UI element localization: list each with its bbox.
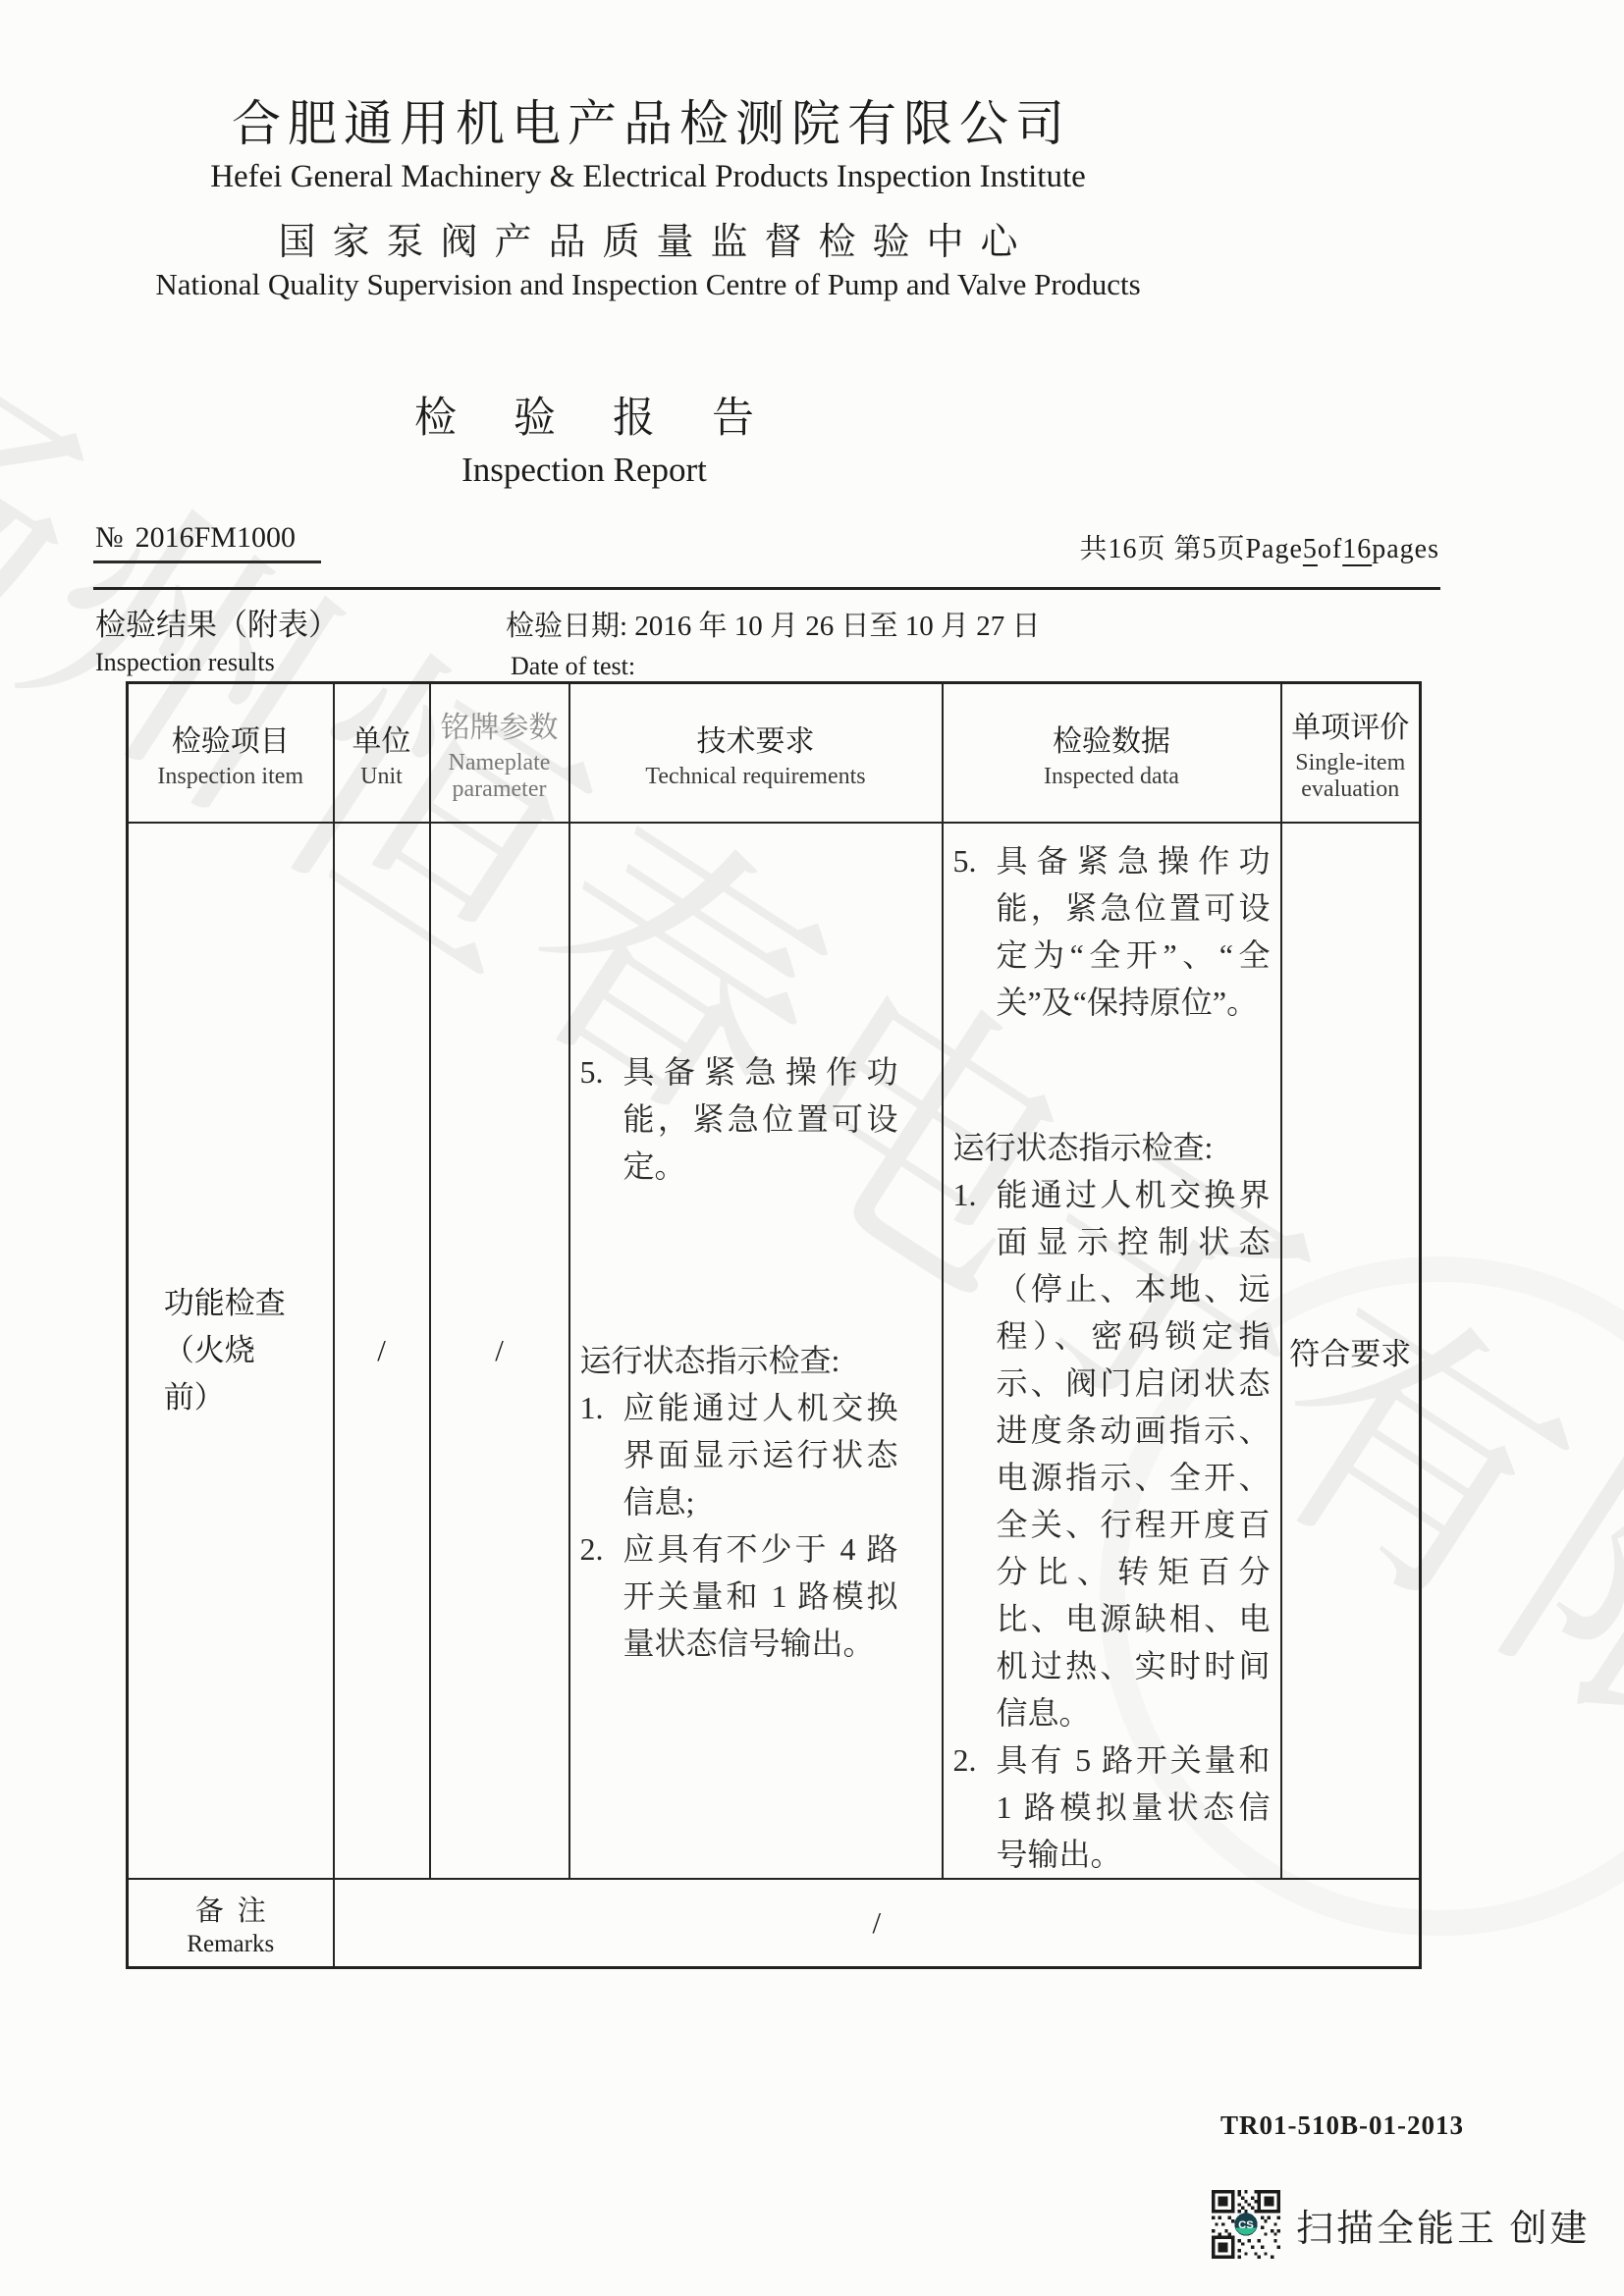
remarks-row: 备注 Remarks / [128, 1879, 1421, 1968]
cell-nameplate: / [430, 823, 569, 1879]
report-title-en: Inspection Report [10, 451, 1159, 490]
remarks-label-cn: 备注 [195, 1889, 280, 1929]
text-block-item: 1.应能通过人机交换界面显示运行状态信息; [580, 1384, 898, 1525]
cell-evaluation: 符合要求 [1281, 823, 1421, 1879]
text-block-item: 5.具备紧急操作功能，紧急位置可设定为“全开”、“全关”及“保持原位”。 [953, 837, 1271, 1026]
header-inspection-item-cn: 检验项目 [129, 717, 333, 760]
pagination-of: of [1318, 534, 1342, 564]
center-name-cn: 国家泵阀产品质量监督检验中心 [278, 211, 1034, 265]
cell-inspection-item: 功能检查（火烧前） [128, 823, 334, 1879]
inspection-results-table: 检验项目 Inspection item 单位 Unit 铭牌参数 Namepl… [126, 681, 1422, 1969]
document-header: 合肥通用机电产品检测院有限公司 Hefei General Machinery … [10, 84, 1286, 302]
pagination: 共16页 第5页Page5of16pages [1079, 527, 1439, 566]
report-title: 检验报告 Inspection Report [10, 385, 1159, 490]
header-single-item-evaluation: 单项评价 Single-item evaluation [1281, 683, 1421, 824]
header-unit-en: Unit [335, 764, 429, 790]
text-block-item: 1.能通过人机交换界面显示控制状态（停止、本地、远程）、密码锁定指示、阀门启闭状… [953, 1171, 1271, 1736]
header-unit-cn: 单位 [335, 717, 429, 760]
camscanner-qr-icon: CS [1212, 2190, 1280, 2259]
results-label-en: Inspection results [95, 648, 275, 677]
header-inspection-item: 检验项目 Inspection item [128, 683, 334, 824]
header-unit: 单位 Unit [334, 683, 430, 824]
header-nameplate-cn: 铭牌参数 [431, 703, 568, 746]
header-nameplate-en: Nameplate parameter [431, 750, 568, 803]
text-block-item: 2.具有 5 路开关量和 1 路模拟量状态信号输出。 [953, 1736, 1271, 1878]
pagination-current: 5 [1303, 534, 1318, 564]
inspected-data-text: 5.具备紧急操作功能，紧急位置可设定为“全开”、“全关”及“保持原位”。运行状态… [944, 824, 1280, 1878]
remarks-label-cell: 备注 Remarks [128, 1879, 334, 1968]
scanner-note-text: 扫描全能王 创建 [1296, 2198, 1591, 2252]
text-block-item: 5.具备紧急操作功能，紧急位置可设定。 [580, 1048, 898, 1190]
camscanner-logo-text: CS [1238, 2219, 1254, 2231]
org-name-en: Hefei General Machinery & Electrical Pro… [10, 159, 1286, 195]
test-date-en: Date of test: [511, 652, 635, 681]
cell-inspected-data: 5.具备紧急操作功能，紧急位置可设定为“全开”、“全关”及“保持原位”。运行状态… [943, 823, 1281, 1879]
cell-unit: / [334, 823, 430, 1879]
center-name-en: National Quality Supervision and Inspect… [10, 267, 1286, 302]
inspection-item-value: 功能检查（火烧前） [164, 1280, 298, 1421]
report-number: №2016FM1000 [93, 521, 321, 563]
report-number-label: № [95, 521, 124, 554]
scanned-inspection-report-page: 扬州恒春电子有限公司 合肥通用机电产品检测院有限公司 Hefei General… [0, 0, 1624, 2296]
report-title-cn: 检验报告 [414, 385, 811, 445]
header-technical-requirements: 技术要求 Technical requirements [569, 683, 943, 824]
pagination-total: 16 [1342, 534, 1372, 564]
header-evaluation-cn: 单项评价 [1282, 703, 1420, 746]
form-code: TR01-510B-01-2013 [1220, 2110, 1464, 2141]
header-technical-cn: 技术要求 [570, 717, 942, 760]
remarks-value-cell: / [334, 1879, 1421, 1968]
table-header-row: 检验项目 Inspection item 单位 Unit 铭牌参数 Namepl… [128, 683, 1421, 824]
scanner-footer: CS 扫描全能王 创建 [1212, 2190, 1591, 2259]
text-block-heading: 运行状态指示检查: [580, 1337, 898, 1384]
text-block-item: 2.应具有不少于 4 路开关量和 1 路模拟量状态信号输出。 [580, 1525, 898, 1667]
results-label-cn: 检验结果（附表） [95, 600, 339, 644]
header-inspected-cn: 检验数据 [944, 717, 1280, 760]
header-inspected-data: 检验数据 Inspected data [943, 683, 1281, 824]
remarks-label-en: Remarks [129, 1931, 333, 1958]
table-data-row: 功能检查（火烧前） / / 5.具备紧急操作功能，紧急位置可设定。运行状态指示检… [128, 823, 1421, 1879]
horizontal-rule [93, 587, 1440, 590]
cell-technical-requirements: 5.具备紧急操作功能，紧急位置可设定。运行状态指示检查:1.应能通过人机交换界面… [569, 823, 943, 1879]
header-inspected-en: Inspected data [944, 764, 1280, 790]
header-evaluation-en: Single-item evaluation [1282, 750, 1420, 803]
pagination-prefix: 共16页 第5页Page [1079, 534, 1302, 564]
report-number-value: 2016FM1000 [135, 521, 296, 554]
technical-requirements-text: 5.具备紧急操作功能，紧急位置可设定。运行状态指示检查:1.应能通过人机交换界面… [570, 1035, 942, 1667]
org-name-cn: 合肥通用机电产品检测院有限公司 [232, 84, 1071, 155]
header-technical-en: Technical requirements [570, 764, 942, 790]
header-nameplate-parameter: 铭牌参数 Nameplate parameter [430, 683, 569, 824]
test-date-cn: 检验日期: 2016 年 10 月 26 日至 10 月 27 日 [506, 604, 1041, 644]
pagination-suffix: pages [1372, 534, 1439, 564]
header-inspection-item-en: Inspection item [129, 764, 333, 790]
text-block-heading: 运行状态指示检查: [953, 1124, 1271, 1171]
